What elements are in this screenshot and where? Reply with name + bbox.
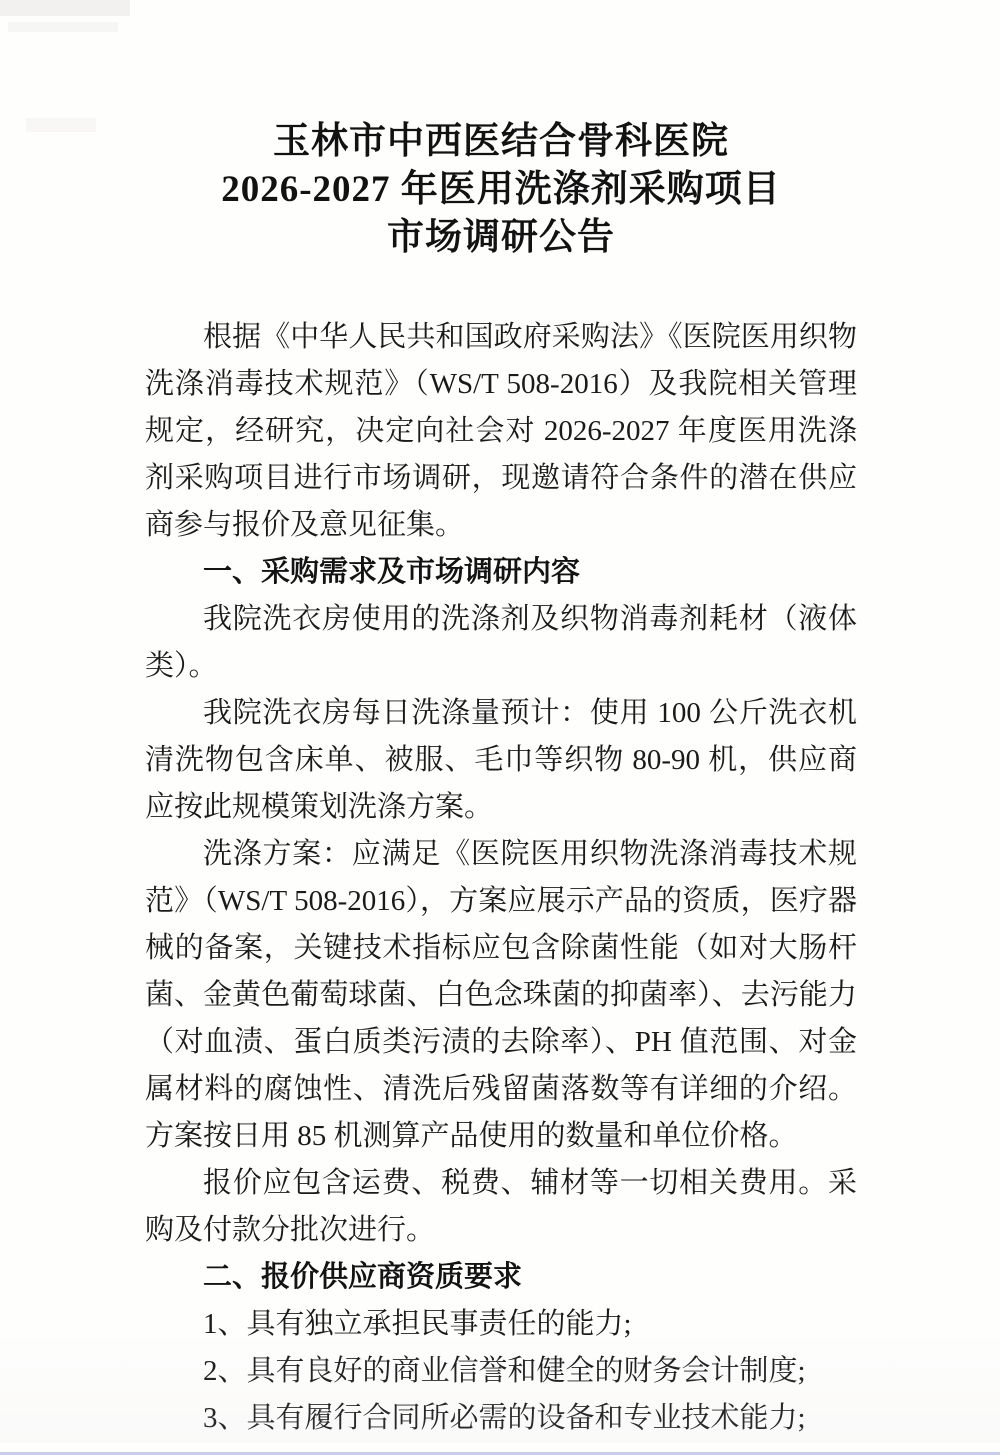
- paragraph-daily-volume: 我院洗衣房每日洗涤量预计：使用 100 公斤洗衣机清洗物包含床单、被服、毛巾等织…: [145, 690, 857, 831]
- document-body: 根据《中华人民共和国政府采购法》《医院医用织物洗涤消毒技术规范》（WS/T 50…: [145, 314, 857, 1442]
- title-line-2: 2026-2027 年医用洗涤剂采购项目: [145, 166, 857, 214]
- title-line-3: 市场调研公告: [145, 214, 857, 262]
- section-heading-1: 一、采购需求及市场调研内容: [145, 549, 857, 596]
- paragraph-washing-plan: 洗涤方案：应满足《医院医用织物洗涤消毒技术规范》（WS/T 508-2016），…: [145, 831, 857, 1160]
- section-heading-2: 二、报价供应商资质要求: [145, 1254, 857, 1301]
- qualification-item-2: 2、具有良好的商业信誉和健全的财务会计制度;: [145, 1348, 857, 1395]
- paragraph-quotation-fees: 报价应包含运费、税费、辅材等一切相关费用。采购及付款分批次进行。: [145, 1160, 857, 1254]
- qualification-item-1: 1、具有独立承担民事责任的能力;: [145, 1301, 857, 1348]
- document-title: 玉林市中西医结合骨科医院 2026-2027 年医用洗涤剂采购项目 市场调研公告: [145, 118, 857, 262]
- paragraph-intro: 根据《中华人民共和国政府采购法》《医院医用织物洗涤消毒技术规范》（WS/T 50…: [145, 314, 857, 549]
- scan-artifact: [8, 22, 118, 32]
- title-line-1: 玉林市中西医结合骨科医院: [145, 118, 857, 166]
- scan-artifact: [26, 118, 96, 132]
- document-page: 玉林市中西医结合骨科医院 2026-2027 年医用洗涤剂采购项目 市场调研公告…: [0, 0, 1000, 1455]
- paragraph-materials: 我院洗衣房使用的洗涤剂及织物消毒剂耗材（液体类）。: [145, 596, 857, 690]
- scan-artifact: [0, 0, 130, 16]
- qualification-item-3: 3、具有履行合同所必需的设备和专业技术能力;: [145, 1395, 857, 1442]
